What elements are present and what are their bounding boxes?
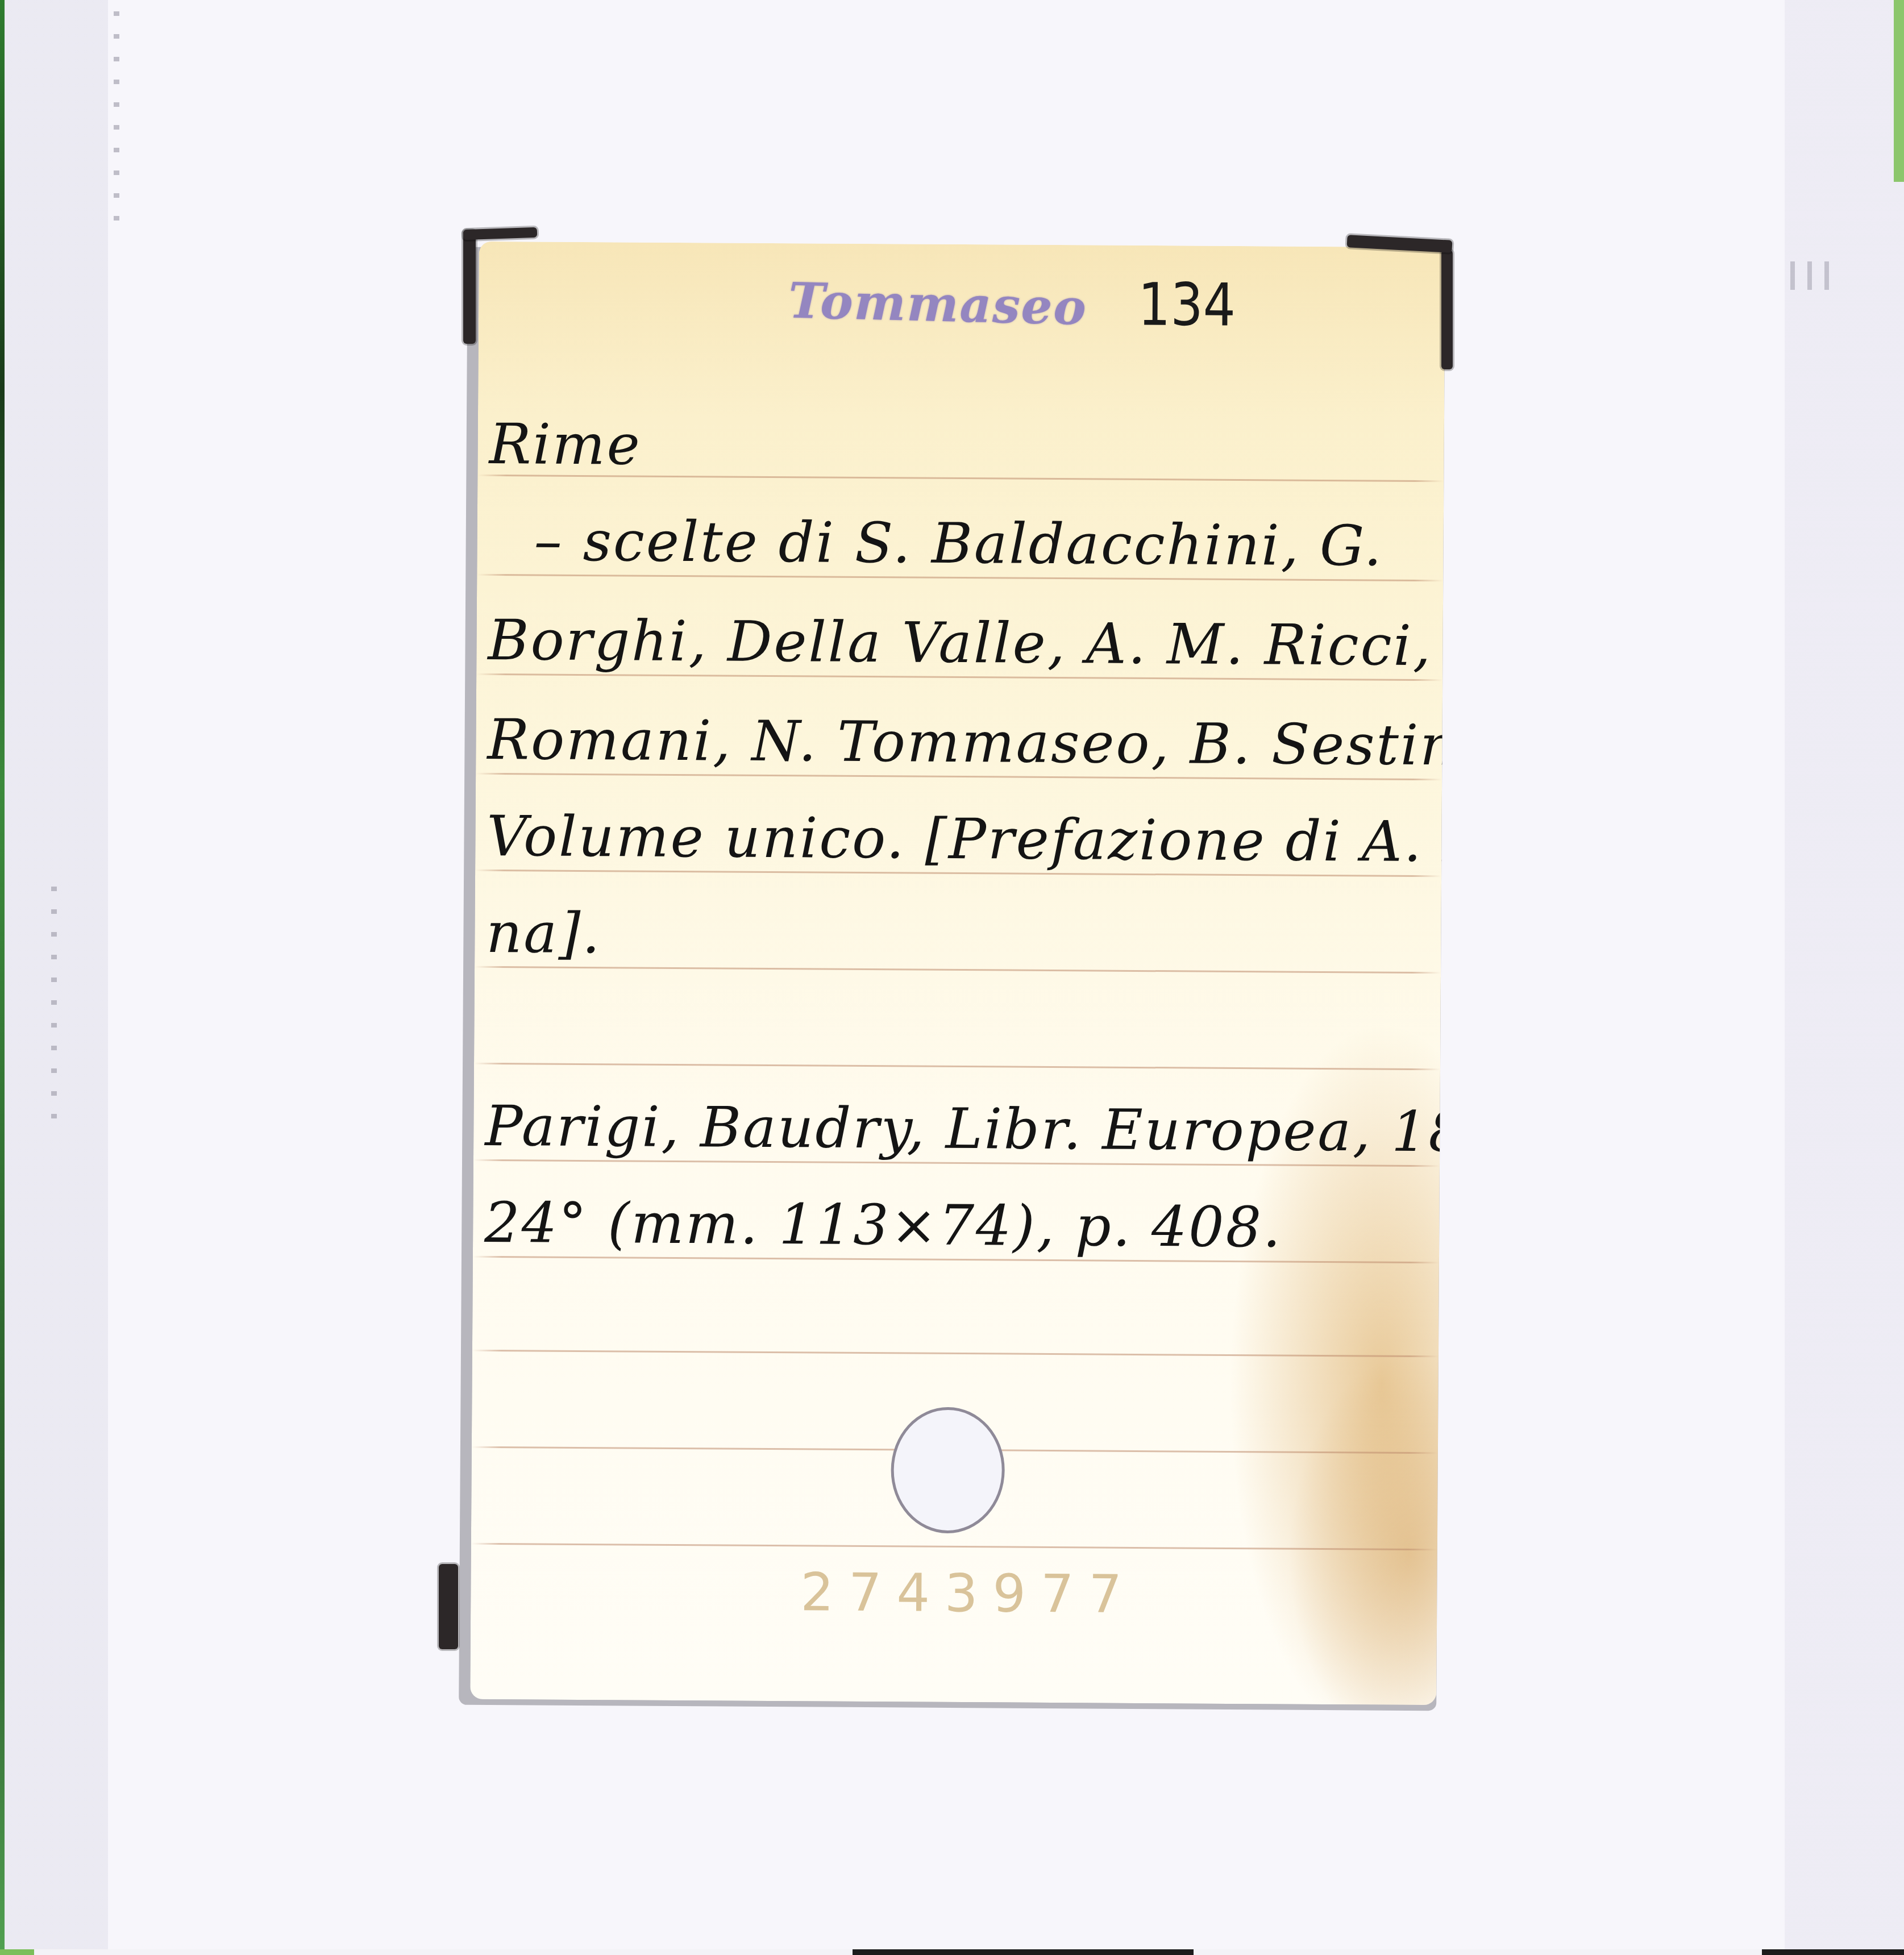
- imprint-line: Parigi, Baudry, Libr. Europea, 1841,: [485, 1094, 1445, 1166]
- title-line: Rime: [489, 412, 642, 478]
- catalog-card: Tommaseo 134 Rime – scelte di S. Baldacc…: [470, 242, 1445, 1705]
- description-line: Borghi, Della Valle, A. M. Ricci, F.: [488, 608, 1445, 679]
- ruled-line: [472, 1350, 1439, 1357]
- scan-edge-bottom: [0, 1949, 1904, 1955]
- scan-edge-right: [1894, 0, 1904, 182]
- corner-clip-top-right: [1441, 250, 1453, 369]
- scan-edge-left: [0, 0, 5, 1955]
- ruled-line: [475, 966, 1441, 974]
- ruled-line: [471, 1543, 1437, 1550]
- description-line: – scelte di S. Baldacchini, G.: [534, 509, 1383, 579]
- perforation-mark: [1790, 261, 1836, 290]
- inventory-number: 2743977: [800, 1562, 1137, 1625]
- physical-description-line: 24° (mm. 113×74), p. 408.: [484, 1191, 1283, 1261]
- corner-clip-top-left: [463, 230, 476, 344]
- shelf-number: 134: [1138, 271, 1236, 340]
- collection-stamp: Tommaseo: [788, 272, 1088, 336]
- description-line: na].: [486, 901, 602, 966]
- description-line: Volume unico. [Prefazione di A. Ron-: [487, 804, 1445, 876]
- perforation-mark: [51, 887, 57, 1125]
- punch-hole: [891, 1407, 1005, 1533]
- description-line: Romani, N. Tommaseo, B. Sestini.: [487, 708, 1445, 779]
- corner-clip-bottom-left: [439, 1564, 458, 1649]
- ruled-line: [474, 1063, 1440, 1070]
- perforation-mark: [114, 11, 119, 239]
